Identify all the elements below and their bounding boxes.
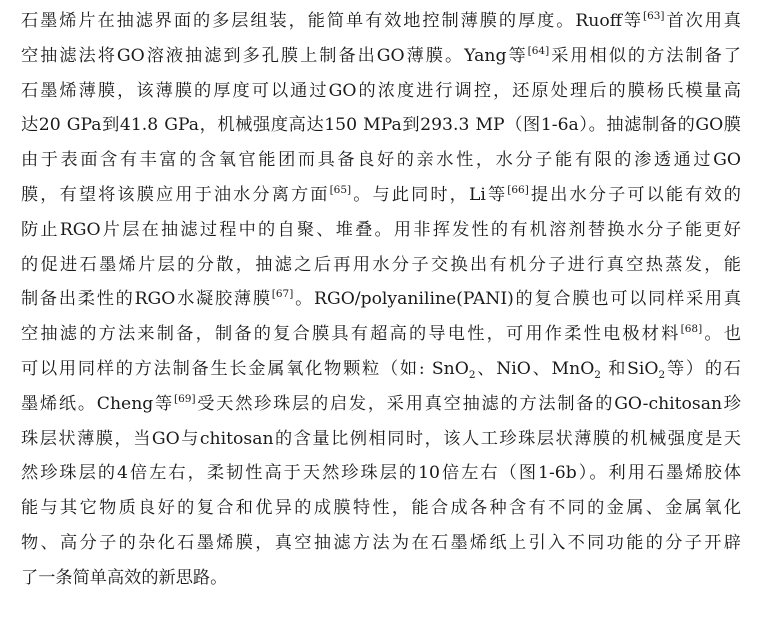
text-run: 石墨烯片在抽滤界面的多层组装，能简单有效地控制薄膜的厚度。Ruoff等	[21, 11, 643, 31]
text-run: 空抽滤法将GO溶液抽滤到多孔膜上制备出GO薄膜。Yang等	[21, 46, 528, 66]
text-run: 由于表面含有丰富的含氧官能团而具备良好的亲水性，水分子能有限的渗透通过GO	[21, 150, 741, 170]
text-run: 首次用真	[665, 11, 741, 31]
text-line: 能与其它物质良好的复合和优异的成膜特性，能合成各种含有不同的金属、金属氧化	[21, 491, 741, 526]
text-line: 防止RGO片层在抽滤过程中的自聚、堆叠。用非挥发性的有机溶剂替换水分子能更好	[21, 213, 741, 248]
text-line: 可以用同样的方法制备生长金属氧化物颗粒（如: SnO2、NiO、MnO2 和Si…	[21, 352, 741, 387]
text-line: 的促进石墨烯片层的分散，抽滤之后再用水分子交换出有机分子进行真空热蒸发，能	[21, 248, 741, 283]
text-line: 石墨烯片在抽滤界面的多层组装，能简单有效地控制薄膜的厚度。Ruoff等[63]首…	[21, 4, 741, 39]
text-run: 制备出柔性的RGO水凝胶薄膜	[21, 289, 272, 309]
text-run: 等）的石	[665, 359, 741, 379]
citation-ref: [68]	[681, 323, 703, 335]
text-line: 石墨烯薄膜，该薄膜的厚度可以通过GO的浓度进行调控，还原处理后的膜杨氏模量高	[21, 74, 741, 109]
text-run: 。与此同时，Li等	[351, 185, 507, 205]
text-line: 达20 GPa到41.8 GPa，机械强度高达150 MPa到293.3 MP（…	[21, 108, 741, 143]
text-line: 然珍珠层的4倍左右，柔韧性高于天然珍珠层的10倍左右（图1-6b）。利用石墨烯胶…	[21, 456, 741, 491]
text-line: 珠层状薄膜，当GO与chitosan的含量比例相同时，该人工珍珠层状薄膜的机械强…	[21, 422, 741, 457]
text-line: 由于表面含有丰富的含氧官能团而具备良好的亲水性，水分子能有限的渗透通过GO	[21, 143, 741, 178]
text-line: 空抽滤法将GO溶液抽滤到多孔膜上制备出GO薄膜。Yang等[64]采用相似的方法…	[21, 39, 741, 74]
citation-ref: [63]	[643, 10, 665, 22]
subscript: 2	[469, 369, 476, 381]
text-run: 的促进石墨烯片层的分散，抽滤之后再用水分子交换出有机分子进行真空热蒸发，能	[21, 255, 741, 275]
text-run: 膜，有望将该膜应用于油水分离方面	[21, 185, 330, 205]
text-run: 、NiO、MnO	[476, 359, 595, 379]
text-run: 石墨烯薄膜，该薄膜的厚度可以通过GO的浓度进行调控，还原处理后的膜杨氏模量高	[21, 81, 741, 101]
text-run: 珠层状薄膜，当GO与chitosan的含量比例相同时，该人工珍珠层状薄膜的机械强…	[21, 429, 741, 449]
text-run: 达20 GPa到41.8 GPa，机械强度高达150 MPa到293.3 MP（…	[21, 115, 741, 135]
text-run: 防止RGO片层在抽滤过程中的自聚、堆叠。用非挥发性的有机溶剂替换水分子能更好	[21, 220, 741, 240]
citation-ref: [64]	[528, 45, 550, 57]
text-run: 。RGO/polyaniline(PANI)的复合膜也可以同样采用真	[293, 289, 741, 309]
citation-ref: [66]	[507, 184, 529, 196]
text-line: 制备出柔性的RGO水凝胶薄膜[67]。RGO/polyaniline(PANI)…	[21, 282, 741, 317]
subscript: 2	[594, 369, 601, 381]
text-run: 和SiO	[601, 359, 659, 379]
text-line: 物、高分子的杂化石墨烯膜，真空抽滤方法为在石墨烯纸上引入不同功能的分子开辟	[21, 526, 741, 561]
text-line: 了一条简单高效的新思路。	[21, 561, 741, 596]
text-run: 墨烯纸。Cheng等	[21, 394, 174, 414]
text-run: 。也	[702, 324, 741, 344]
citation-ref: [69]	[174, 393, 196, 405]
paper-body-paragraph: 石墨烯片在抽滤界面的多层组装，能简单有效地控制薄膜的厚度。Ruoff等[63]首…	[21, 4, 741, 596]
text-line: 膜，有望将该膜应用于油水分离方面[65]。与此同时，Li等[66]提出水分子可以…	[21, 178, 741, 213]
text-run: 物、高分子的杂化石墨烯膜，真空抽滤方法为在石墨烯纸上引入不同功能的分子开辟	[21, 533, 741, 553]
citation-ref: [65]	[330, 184, 352, 196]
text-run: 可以用同样的方法制备生长金属氧化物颗粒（如: SnO	[21, 359, 469, 379]
text-run: 受天然珍珠层的启发，采用真空抽滤的方法制备的GO-chitosan珍	[196, 394, 741, 414]
text-run: 采用相似的方法制备了	[549, 46, 741, 66]
text-run: 提出水分子可以能有效的	[529, 185, 741, 205]
text-run: 然珍珠层的4倍左右，柔韧性高于天然珍珠层的10倍左右（图1-6b）。利用石墨烯胶…	[21, 463, 741, 483]
text-line: 空抽滤的方法来制备，制备的复合膜具有超高的导电性，可用作柔性电极材料[68]。也	[21, 317, 741, 352]
text-line: 墨烯纸。Cheng等[69]受天然珍珠层的启发，采用真空抽滤的方法制备的GO-c…	[21, 387, 741, 422]
text-run: 能与其它物质良好的复合和优异的成膜特性，能合成各种含有不同的金属、金属氧化	[21, 498, 741, 518]
citation-ref: [67]	[272, 288, 294, 300]
text-run: 了一条简单高效的新思路。	[21, 568, 227, 588]
subscript: 2	[659, 369, 666, 381]
text-run: 空抽滤的方法来制备，制备的复合膜具有超高的导电性，可用作柔性电极材料	[21, 324, 681, 344]
